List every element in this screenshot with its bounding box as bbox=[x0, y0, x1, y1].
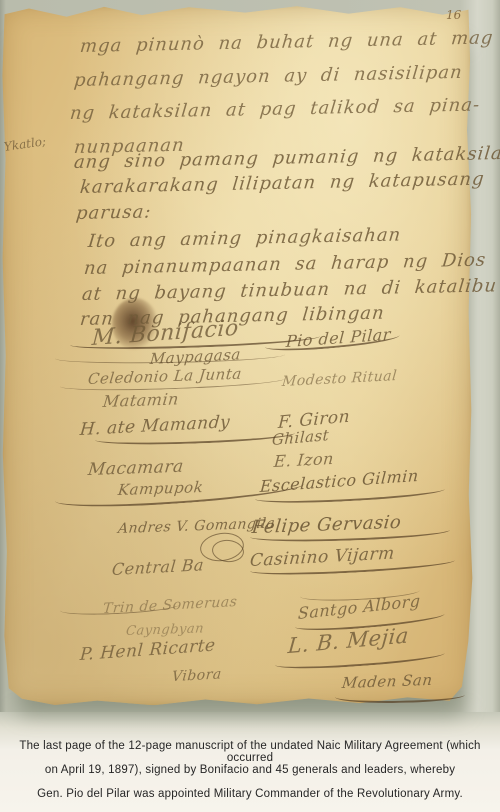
caption-line: on April 19, 1897), signed by Bonifacio … bbox=[0, 764, 500, 776]
caption-line: Gen. Pio del Pilar was appointed Militar… bbox=[0, 788, 500, 800]
signature: Macamara bbox=[87, 457, 185, 480]
caption-line: The last page of the 12-page manuscript … bbox=[0, 740, 500, 764]
signature: Matamin bbox=[102, 389, 180, 411]
signature: E. Izon bbox=[273, 449, 335, 471]
manuscript-line: parusa: bbox=[75, 201, 153, 224]
page-number: 16 bbox=[446, 8, 461, 22]
manuscript-photo: 16 mga pinunò na buhat ng una at mag pah… bbox=[0, 0, 500, 812]
signature-alias: Vibora bbox=[171, 666, 222, 685]
